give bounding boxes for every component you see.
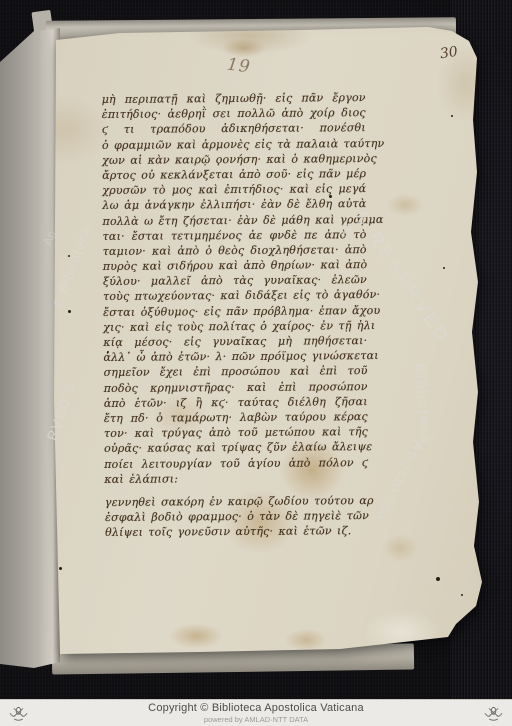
folio-number-ink: 30: [439, 44, 459, 63]
ink-speck: [451, 115, 453, 117]
vatican-emblem-icon: [483, 703, 504, 724]
ink-speck: [68, 310, 71, 313]
manuscript-text-block: μὴ περιπατῇ καὶ ζημιωθῇ· εἰς πᾶν ἔργονἐπ…: [102, 91, 369, 488]
ink-speck: [443, 267, 445, 269]
ink-speck: [329, 195, 332, 198]
ink-speck: [107, 351, 109, 353]
copyright-bar: Copyright © Biblioteca Apostolica Vatica…: [0, 699, 512, 726]
manuscript-line: γεννηθεὶ σακόρη ἐν καιρῷ ζωδίου τούτου α…: [105, 494, 369, 511]
powered-by-text: powered by AMLAD·NTT DATA: [0, 715, 512, 724]
wormhole: [436, 577, 440, 581]
copyright-text: Copyright © Biblioteca Apostolica Vatica…: [0, 702, 512, 714]
manuscript-line: καὶ ἐλάπισι:: [104, 471, 368, 488]
ink-speck: [461, 594, 463, 596]
scan-canvas[interactable]: 19 30 μὴ περιπατῇ καὶ ζημιωθῇ· εἰς πᾶν ἔ…: [0, 0, 512, 700]
manuscript-second-paragraph: γεννηθεὶ σακόρη ἐν καιρῷ ζωδίου τούτου α…: [105, 494, 369, 540]
manuscript-page: 19 30 μὴ περιπατῇ καὶ ζημιωθῇ· εἰς πᾶν ἔ…: [0, 0, 512, 700]
ink-speck: [68, 255, 70, 257]
manuscript-line: θλίψει τοῖς γονεῦσιν αὐτῆς· καὶ ἐτῶν ιζ.: [105, 524, 369, 541]
parchment: 19 30 μὴ περιπατῇ καὶ ζημιωθῇ· εἰς πᾶν ἔ…: [0, 0, 512, 700]
digitized-manuscript-viewer: 19 30 μὴ περιπατῇ καὶ ζημιωθῇ· εἰς πᾶν ἔ…: [0, 0, 512, 726]
manuscript-line: ἐσφαλὶ βοδιὸ φραμμος· ὁ τὰν δὲ πηγεὶὲ τῶ…: [105, 509, 369, 526]
folio-number-pencil: 19: [226, 55, 252, 78]
ink-speck: [59, 567, 62, 570]
